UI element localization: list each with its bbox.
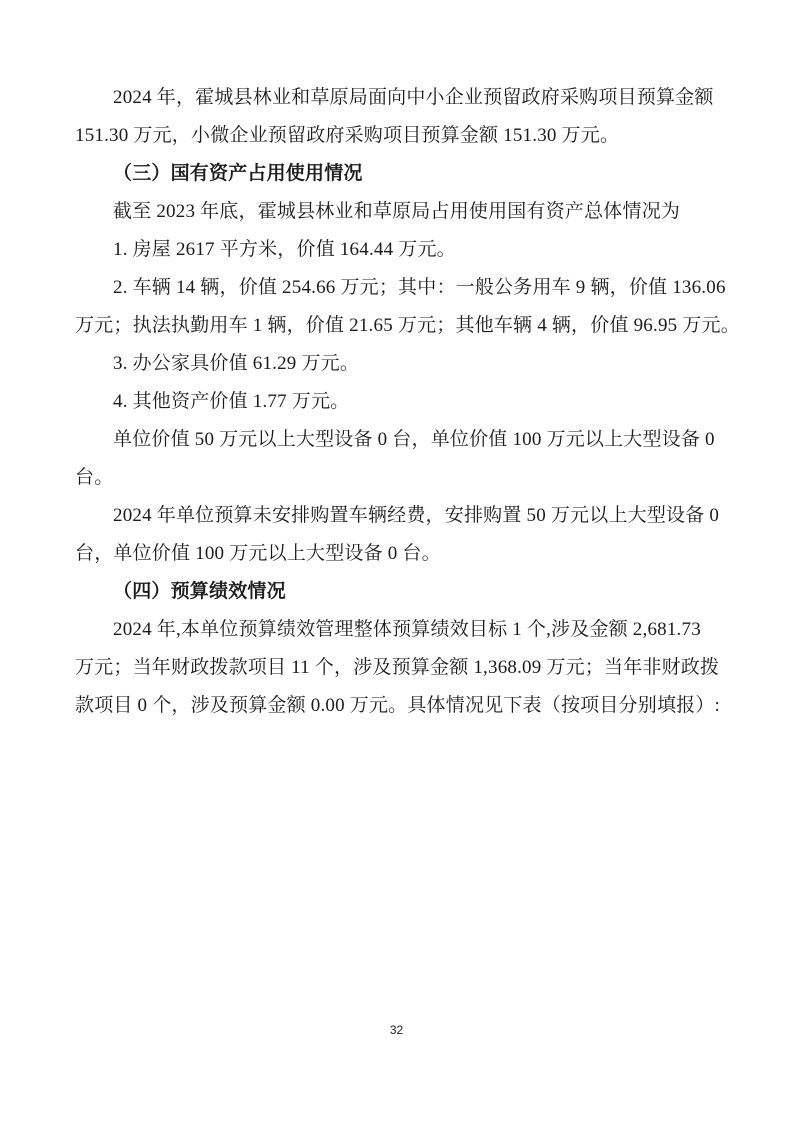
section-heading: （四）预算绩效情况: [75, 573, 717, 611]
text-line: 3. 办公家具价值 61.29 万元。: [75, 345, 717, 383]
text-line: 款项目 0 个，涉及预算金额 0.00 万元。具体情况见下表（按项目分别填报）:: [75, 687, 717, 725]
text-line: 151.30 万元，小微企业预留政府采购项目预算金额 151.30 万元。: [75, 117, 717, 155]
document-page: 2024 年，霍城县林业和草原局面向中小企业预留政府采购项目预算金额151.30…: [0, 0, 793, 1122]
text-line: 1. 房屋 2617 平方米，价值 164.44 万元。: [75, 231, 717, 269]
text-line: 单位价值 50 万元以上大型设备 0 台，单位价值 100 万元以上大型设备 0: [75, 421, 717, 459]
page-number: 32: [0, 1021, 793, 1039]
text-line: 台。: [75, 459, 717, 497]
document-body: 2024 年，霍城县林业和草原局面向中小企业预留政府采购项目预算金额151.30…: [75, 79, 717, 725]
text-line: 万元；执法执勤用车 1 辆，价值 21.65 万元；其他车辆 4 辆，价值 96…: [75, 307, 717, 345]
section-heading: （三）国有资产占用使用情况: [75, 155, 717, 193]
text-line: 2024 年,本单位预算绩效管理整体预算绩效目标 1 个,涉及金额 2,681.…: [75, 611, 717, 649]
text-line: 台，单位价值 100 万元以上大型设备 0 台。: [75, 535, 717, 573]
text-line: 2024 年单位预算未安排购置车辆经费，安排购置 50 万元以上大型设备 0: [75, 497, 717, 535]
text-line: 万元；当年财政拨款项目 11 个，涉及预算金额 1,368.09 万元；当年非财…: [75, 649, 717, 687]
text-line: 4. 其他资产价值 1.77 万元。: [75, 383, 717, 421]
text-line: 2024 年，霍城县林业和草原局面向中小企业预留政府采购项目预算金额: [75, 79, 717, 117]
text-line: 2. 车辆 14 辆，价值 254.66 万元；其中：一般公务用车 9 辆，价值…: [75, 269, 717, 307]
text-line: 截至 2023 年底，霍城县林业和草原局占用使用国有资产总体情况为: [75, 193, 717, 231]
